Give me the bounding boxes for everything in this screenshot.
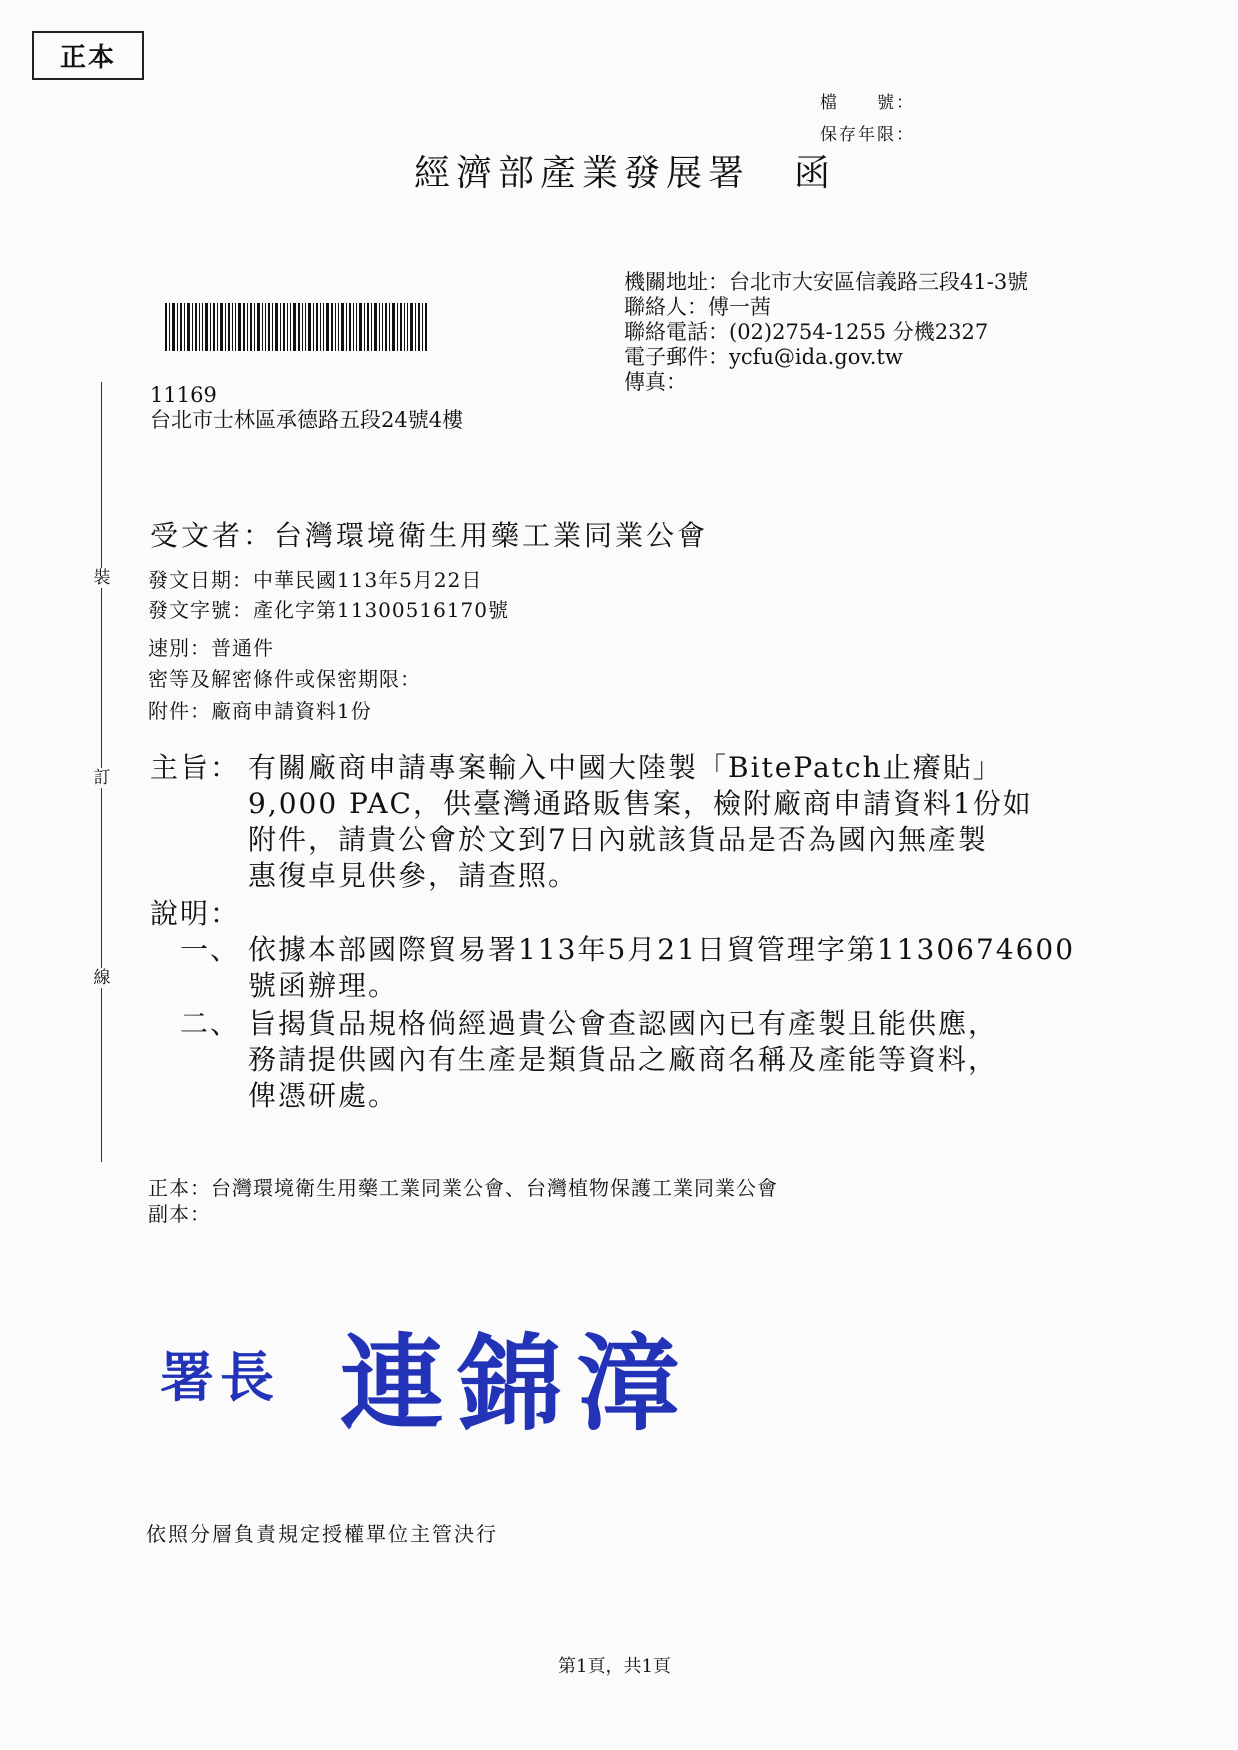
contact-email: 電子郵件：ycfu@ida.gov.tw [624,345,1028,370]
explanation-line: 依據本部國際貿易署113年5月21日貿管理字第1130674600 [248,928,1075,968]
agency-name: 經濟部產業發展署 [414,153,750,194]
explanation-label: 說明： [150,892,240,932]
priority: 速別：普通件 [148,632,274,661]
agency-address: 機關地址：台北市大安區信義路三段41-3號 [624,270,1028,295]
subject-label: 主旨： [150,746,240,786]
distribution-original: 正本：台灣環境衛生用藥工業同業公會、台灣植物保護工業同業公會 [148,1172,778,1201]
explanation-line: 務請提供國內有生產是類貨品之廠商名稱及產能等資料， [248,1038,998,1078]
explanation-marker: 一、 [180,928,240,968]
page-number: 第1頁，共1頁 [558,1652,671,1678]
recipient: 受文者：台灣環境衛生用藥工業同業公會 [150,514,708,554]
binding-mark-xian: 線 [92,968,112,988]
document-title: 經濟部產業發展署函 [414,145,836,196]
subject-line: 9,000 PAC，供臺灣通路販售案，檢附廠商申請資料1份如 [248,782,1033,822]
recipient-address-block: 11169 台北市士林區承德路五段24號4樓 [150,383,463,433]
document-type: 函 [794,153,836,194]
explanation-marker: 二、 [180,1002,240,1042]
classification: 密等及解密條件或保密期限： [148,663,421,692]
file-number-label: 檔 號： [820,88,915,113]
binding-mark-ding: 訂 [92,768,112,788]
signature-title: 署長 [160,1335,280,1412]
document-number: 發文字號：產化字第11300516170號 [148,594,509,623]
signature-name: 連錦漳 [340,1300,694,1450]
explanation-line: 號函辦理。 [248,964,398,1004]
retention-period-label: 保存年限： [820,120,915,145]
attachment: 附件：廠商申請資料1份 [148,695,372,724]
recipient-address: 台北市士林區承德路五段24號4樓 [150,408,463,433]
stamp-label: 正本 [60,37,116,74]
subject-line: 惠復卓見供參，請查照。 [248,854,578,894]
distribution-copy: 副本： [148,1198,211,1227]
explanation-line: 俾憑研處。 [248,1074,398,1114]
barcode-icon [165,303,429,351]
original-copy-stamp: 正本 [32,31,144,80]
subject-line: 有關廠商申請專案輸入中國大陸製「BitePatch止癢貼」 [248,746,1003,786]
delegation-note: 依照分層負責規定授權單位主管決行 [146,1518,498,1547]
contact-person: 聯絡人：傅一茜 [624,295,1028,320]
explanation-line: 旨揭貨品規格倘經過貴公會查認國內已有產製且能供應， [248,1002,998,1042]
issue-date: 發文日期：中華民國113年5月22日 [148,564,482,593]
binding-mark-zhuang: 裝 [92,568,112,588]
contact-fax: 傳真： [624,370,1028,395]
subject-line: 附件，請貴公會於文到7日內就該貨品是否為國內無產製 [248,818,988,858]
agency-contact-block: 機關地址：台北市大安區信義路三段41-3號 聯絡人：傅一茜 聯絡電話：(02)2… [624,270,1028,395]
contact-phone: 聯絡電話：(02)2754-1255 分機2327 [624,320,1028,345]
postal-code: 11169 [150,383,463,408]
